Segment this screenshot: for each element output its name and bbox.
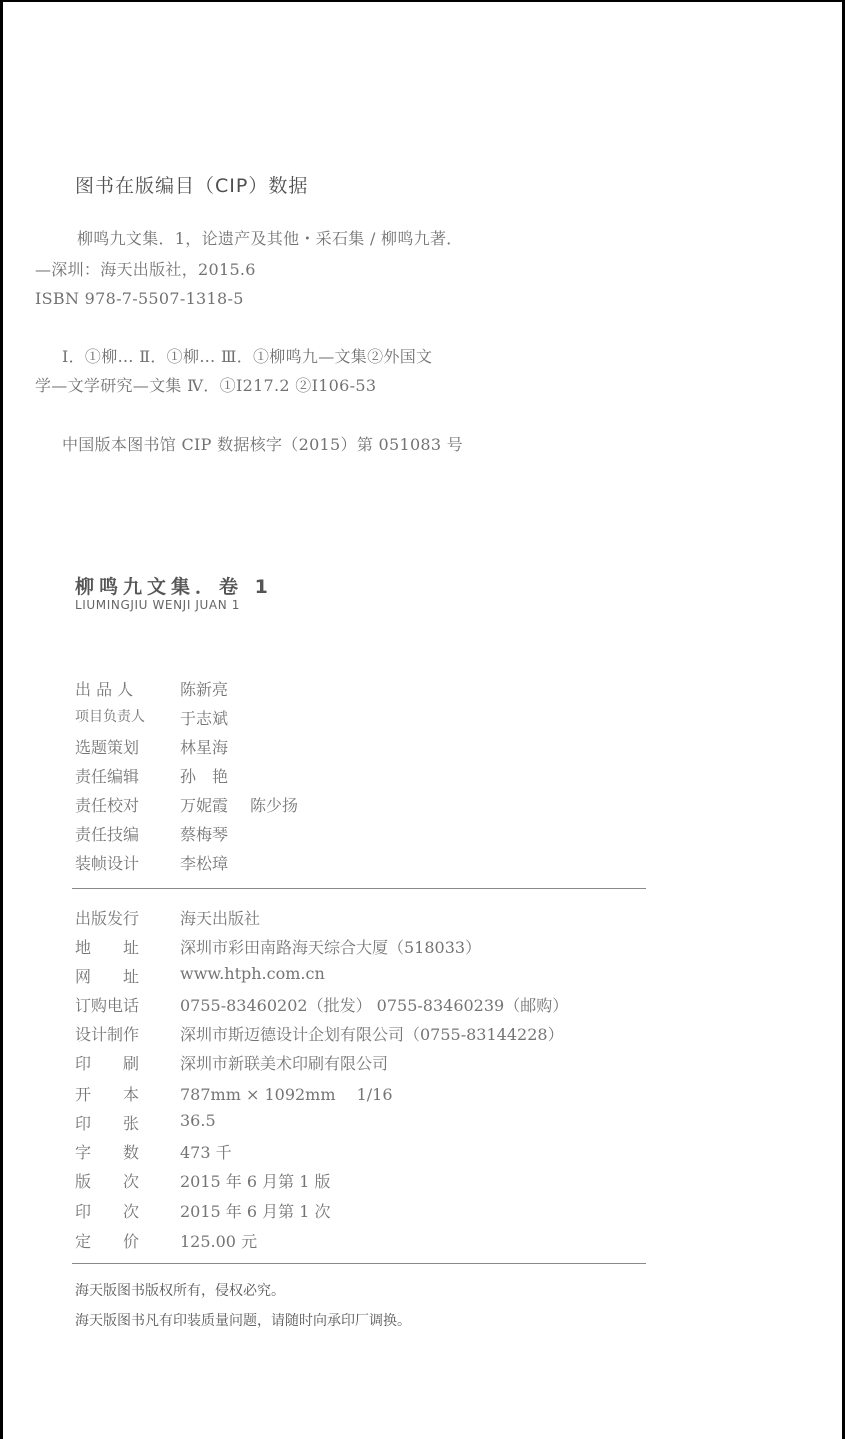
pub-row-price: 定 价 125.00 元: [75, 1229, 257, 1252]
pub-value: 2015 年 6 月第 1 次: [180, 1199, 331, 1222]
pub-label: 网 址: [75, 964, 180, 987]
pub-label: 印 刷: [75, 1051, 180, 1074]
credit-value: 陈新亮: [180, 677, 228, 700]
pub-row-printing: 印 次 2015 年 6 月第 1 次: [75, 1199, 331, 1222]
pub-label: 字 数: [75, 1140, 180, 1163]
pub-row-design-production: 设计制作 深圳市斯迈德设计企划有限公司（0755-83144228）: [75, 1022, 564, 1045]
cip-approval-number: 中国版本图书馆 CIP 数据核字（2015）第 051083 号: [62, 437, 463, 453]
credit-label: 项目负责人: [75, 706, 180, 729]
credit-row-editor: 责任编辑 孙 艳: [75, 764, 228, 787]
divider-bottom: [72, 1263, 646, 1264]
pub-row-format: 开 本 787mm × 1092mm 1/16: [75, 1082, 393, 1105]
credit-label: 责任技编: [75, 822, 180, 845]
credit-label: 选题策划: [75, 735, 180, 758]
credit-row-proofreader: 责任校对 万妮霞 陈少扬: [75, 793, 298, 816]
credit-label: 责任校对: [75, 793, 180, 816]
credit-label: 出 品 人: [75, 677, 180, 700]
pub-label: 出版发行: [75, 906, 180, 929]
cip-line-5: 学—文学研究—文集 Ⅳ．①I217.2 ②I106-53: [35, 378, 376, 394]
credit-row-producer: 出 品 人 陈新亮: [75, 677, 228, 700]
pub-value: 125.00 元: [180, 1229, 257, 1252]
credit-value: 于志斌: [180, 706, 228, 729]
pub-row-printer: 印 刷 深圳市新联美术印刷有限公司: [75, 1051, 388, 1074]
pub-value: 深圳市彩田南路海天综合大厦（518033）: [180, 935, 481, 958]
credit-row-technical-editor: 责任技编 蔡梅琴: [75, 822, 228, 845]
pub-row-website: 网 址 www.htph.com.cn: [75, 964, 325, 987]
pub-label: 印 次: [75, 1199, 180, 1222]
credit-value: 李松璋: [180, 851, 228, 874]
credit-row-design: 装帧设计 李松璋: [75, 851, 228, 874]
pub-label: 开 本: [75, 1082, 180, 1105]
cip-line-1: 柳鸣九文集．1，论遗产及其他・采石集 / 柳鸣九著．: [77, 231, 463, 247]
credit-row-planning: 选题策划 林星海: [75, 735, 228, 758]
pub-value: 36.5: [180, 1111, 216, 1134]
pub-value: 0755-83460202（批发） 0755-83460239（邮购）: [180, 993, 568, 1016]
pub-label: 版 次: [75, 1169, 180, 1192]
pub-value: 2015 年 6 月第 1 版: [180, 1169, 331, 1192]
cip-line-4: Ⅰ．①柳… Ⅱ．①柳… Ⅲ．①柳鸣九—文集②外国文: [62, 349, 432, 365]
book-title-cn: 柳鸣九文集．卷 1: [75, 572, 273, 599]
pub-label: 订购电话: [75, 993, 180, 1016]
pub-row-sheets: 印 张 36.5: [75, 1111, 216, 1134]
pub-label: 印 张: [75, 1111, 180, 1134]
pub-label: 地 址: [75, 935, 180, 958]
credit-label: 责任编辑: [75, 764, 180, 787]
book-title-en: LIUMINGJIU WENJI JUAN 1: [75, 598, 240, 612]
pub-value: 473 千: [180, 1140, 232, 1163]
credit-value: 孙 艳: [180, 764, 228, 787]
pub-value: 深圳市新联美术印刷有限公司: [180, 1051, 388, 1074]
pub-value: 787mm × 1092mm 1/16: [180, 1082, 393, 1105]
pub-row-edition: 版 次 2015 年 6 月第 1 版: [75, 1169, 331, 1192]
pub-value: 深圳市斯迈德设计企划有限公司（0755-83144228）: [180, 1022, 564, 1045]
quality-note: 海天版图书凡有印装质量问题，请随时向承印厂调换。: [75, 1310, 411, 1330]
credit-row-project-lead: 项目负责人 于志斌: [75, 706, 228, 729]
credit-value: 万妮霞: [180, 793, 228, 816]
pub-row-word-count: 字 数 473 千: [75, 1140, 232, 1163]
credit-label: 装帧设计: [75, 851, 180, 874]
credit-value-secondary: 陈少扬: [250, 793, 298, 816]
pub-row-address: 地 址 深圳市彩田南路海天综合大厦（518033）: [75, 935, 481, 958]
pub-row-phone: 订购电话 0755-83460202（批发） 0755-83460239（邮购）: [75, 993, 568, 1016]
cip-isbn: ISBN 978-7-5507-1318-5: [35, 291, 244, 307]
cip-heading: 图书在版编目（CIP）数据: [75, 171, 308, 198]
copyright-note: 海天版图书版权所有，侵权必究。: [75, 1280, 285, 1300]
pub-row-publisher: 出版发行 海天出版社: [75, 906, 260, 929]
credit-value: 蔡梅琴: [180, 822, 228, 845]
pub-value: 海天出版社: [180, 906, 260, 929]
cip-line-2: —深圳：海天出版社，2015.6: [35, 262, 256, 278]
pub-value: www.htph.com.cn: [180, 964, 325, 987]
divider-top: [72, 888, 646, 889]
credit-value: 林星海: [180, 735, 228, 758]
pub-label: 设计制作: [75, 1022, 180, 1045]
pub-label: 定 价: [75, 1229, 180, 1252]
